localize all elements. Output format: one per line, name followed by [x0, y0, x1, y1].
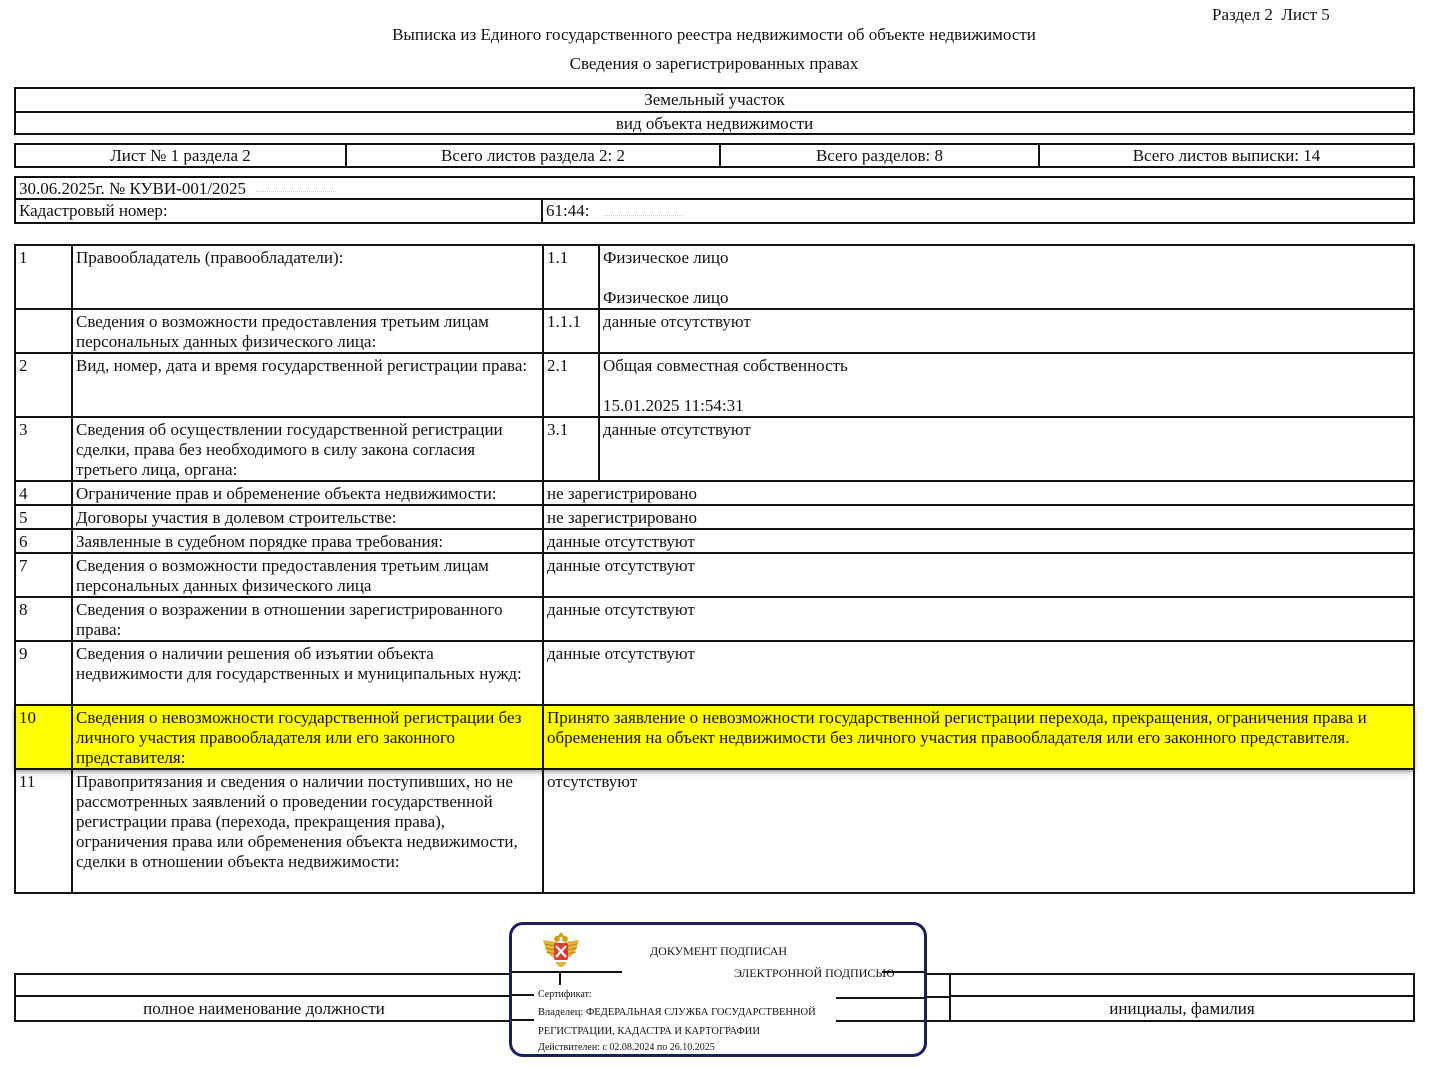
object-type-caption: вид объекта недвижимости — [16, 111, 1413, 133]
row-value: данные отсутствуют — [543, 597, 1414, 641]
redacted-cadastral — [604, 202, 684, 216]
row-value: отсутствуют — [543, 769, 1414, 893]
stamp-title-line2: ЭЛЕКТРОННОЙ ПОДПИСЬЮ — [634, 966, 895, 981]
row-value-line: Физическое лицо — [603, 288, 1410, 308]
table-row: 3Сведения об осуществлении государственн… — [15, 417, 1414, 481]
table-row: 8Сведения о возражении в отношении зарег… — [15, 597, 1414, 641]
cadastral-value: 61:44: — [546, 201, 589, 220]
redacted-number — [256, 178, 336, 192]
stamp-owner: Владелец: ФЕДЕРАЛЬНАЯ СЛУЖБА ГОСУДАРСТВЕ… — [538, 1007, 816, 1018]
row-label: Сведения об осуществлении государственно… — [72, 417, 543, 481]
table-row-highlighted: 10Сведения о невозможности государственн… — [15, 705, 1414, 769]
row-label: Договоры участия в долевом строительстве… — [72, 505, 543, 529]
total-sections: Всего разделов: 8 — [721, 145, 1040, 166]
row-label: Сведения о возможности предоставления тр… — [72, 309, 543, 353]
row-label: Ограничение прав и обременение объекта н… — [72, 481, 543, 505]
row-value: данные отсутствуют — [599, 417, 1414, 481]
rights-table: 1Правообладатель (правообладатели):1.1Фи… — [14, 244, 1415, 894]
row-number: 3 — [15, 417, 72, 481]
row-number: 2 — [15, 353, 72, 417]
table-row: 1Правообладатель (правообладатели):1.1Фи… — [15, 245, 1414, 309]
row-value: Принято заявление о невозможности госуда… — [543, 705, 1414, 769]
total-sheets: Всего листов выписки: 14 — [1040, 145, 1413, 166]
row-label: Сведения о возражении в отношении зареги… — [72, 597, 543, 641]
row-label: Правообладатель (правообладатели): — [72, 245, 543, 309]
page-reference: Раздел 2 Лист 5 — [1212, 5, 1330, 25]
row-number: 5 — [15, 505, 72, 529]
row-subnumber: 1.1.1 — [543, 309, 599, 353]
row-label: Сведения о наличии решения об изъятии об… — [72, 641, 543, 705]
row-number: 9 — [15, 641, 72, 705]
row-value: данные отсутствуют — [543, 553, 1414, 597]
row-number — [15, 309, 72, 353]
table-row: 11Правопритязания и сведения о наличии п… — [15, 769, 1414, 893]
stamp-owner-cont: РЕГИСТРАЦИИ, КАДАСТРА И КАРТОГРАФИИ — [538, 1026, 760, 1037]
table-row: 5Договоры участия в долевом строительств… — [15, 505, 1414, 529]
name-signature-field: инициалы, фамилия — [949, 973, 1415, 1022]
row-value-line: Общая совместная собственность — [603, 356, 1410, 376]
stamp-certificate: Сертификат: — [538, 989, 592, 1000]
row-value-line: 15.01.2025 11:54:31 — [603, 396, 1410, 416]
stamp-title-line1: ДОКУМЕНТ ПОДПИСАН — [550, 944, 962, 959]
row-value-line: данные отсутствуют — [603, 420, 1410, 440]
row-value-line — [603, 268, 1410, 288]
row-subnumber: 1.1 — [543, 245, 599, 309]
sheets-info-box: Лист № 1 раздела 2 Всего листов раздела … — [14, 143, 1415, 168]
registration-box: 30.06.2025г. № КУВИ-001/2025 Кадастровый… — [14, 176, 1415, 224]
electronic-signature-stamp: ДОКУМЕНТ ПОДПИСАН ЭЛЕКТРОННОЙ ПОДПИСЬЮ С… — [509, 922, 927, 1057]
cadastral-label: Кадастровый номер: — [16, 200, 543, 222]
extract-date-number: 30.06.2025г. № КУВИ-001/2025 — [19, 178, 246, 198]
row-subnumber: 3.1 — [543, 417, 599, 481]
document-title: Выписка из Единого государственного реес… — [0, 25, 1428, 45]
row-value-line: Физическое лицо — [603, 248, 1410, 268]
row-value: не зарегистрировано — [543, 505, 1414, 529]
row-value: Общая совместная собственность15.01.2025… — [599, 353, 1414, 417]
object-type-value: Земельный участок — [16, 89, 1413, 111]
table-row: 6Заявленные в судебном порядке права тре… — [15, 529, 1414, 553]
sheet-number: Лист № 1 раздела 2 — [16, 145, 347, 166]
row-value: Физическое лицоФизическое лицо — [599, 245, 1414, 309]
row-label: Сведения о невозможности государственной… — [72, 705, 543, 769]
row-number: 11 — [15, 769, 72, 893]
table-row: 7Сведения о возможности предоставления т… — [15, 553, 1414, 597]
row-number: 4 — [15, 481, 72, 505]
table-row: 4Ограничение прав и обременение объекта … — [15, 481, 1414, 505]
name-caption: инициалы, фамилия — [951, 997, 1413, 1020]
row-label: Заявленные в судебном порядке права треб… — [72, 529, 543, 553]
row-number: 6 — [15, 529, 72, 553]
row-label: Сведения о возможности предоставления тр… — [72, 553, 543, 597]
row-value-line — [603, 376, 1410, 396]
row-number: 7 — [15, 553, 72, 597]
row-value: данные отсутствуют — [599, 309, 1414, 353]
row-number: 10 — [15, 705, 72, 769]
row-value: не зарегистрировано — [543, 481, 1414, 505]
row-number: 1 — [15, 245, 72, 309]
stamp-validity: Действителен: с 02.08.2024 по 26.10.2025 — [538, 1042, 715, 1053]
row-number: 8 — [15, 597, 72, 641]
table-row: Сведения о возможности предоставления тр… — [15, 309, 1414, 353]
row-value: данные отсутствуют — [543, 641, 1414, 705]
section-sheets-count: Всего листов раздела 2: 2 — [347, 145, 721, 166]
position-signature-field: полное наименование должности — [14, 973, 514, 1022]
object-type-box: Земельный участок вид объекта недвижимос… — [14, 87, 1415, 135]
row-subnumber: 2.1 — [543, 353, 599, 417]
table-row: 9Сведения о наличии решения об изъятии о… — [15, 641, 1414, 705]
row-value: данные отсутствуют — [543, 529, 1414, 553]
row-value-line: данные отсутствуют — [603, 312, 1410, 332]
document-subtitle: Сведения о зарегистрированных правах — [0, 54, 1428, 74]
row-label: Вид, номер, дата и время государственной… — [72, 353, 543, 417]
table-row: 2Вид, номер, дата и время государственно… — [15, 353, 1414, 417]
position-caption: полное наименование должности — [16, 997, 512, 1020]
row-label: Правопритязания и сведения о наличии пос… — [72, 769, 543, 893]
